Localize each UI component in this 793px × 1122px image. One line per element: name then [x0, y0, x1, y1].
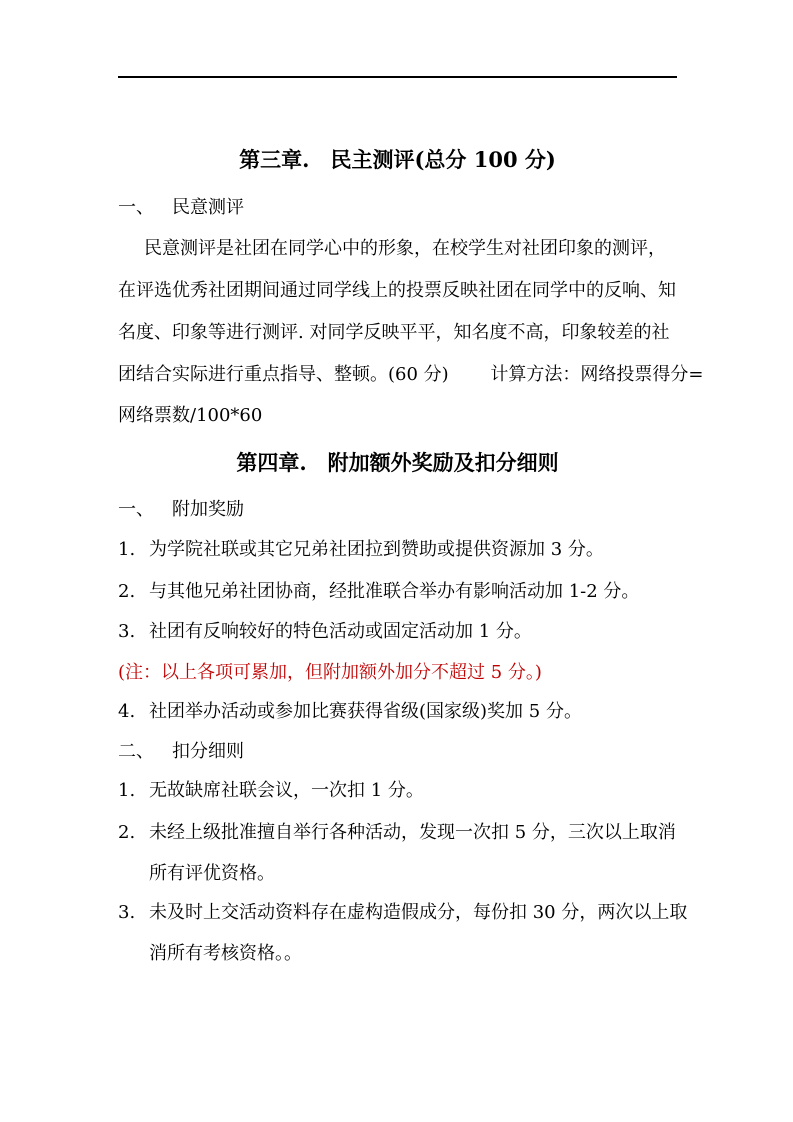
section-label-text: 扣分细则	[172, 741, 244, 762]
list-number: 1.	[118, 538, 149, 561]
list-item-text: 社团举办活动或参加比赛获得省级(国家级)奖加 5 分。	[149, 701, 582, 722]
list-item: 3.社团有反响较好的特色活动或固定活动加 1 分。	[118, 620, 677, 643]
list-item: 1.为学院社联或其它兄弟社团拉到赞助或提供资源加 3 分。	[118, 538, 677, 561]
list-number: 3.	[118, 620, 149, 643]
section-number: 二、	[118, 740, 172, 763]
list-item-continuation: 所有评优资格。	[149, 862, 677, 885]
list-number: 1.	[118, 779, 149, 802]
list-item-text: 社团有反响较好的特色活动或固定活动加 1 分。	[149, 621, 532, 642]
list-item: 2.与其他兄弟社团协商，经批准联合举办有影响活动加 1-2 分。	[118, 580, 677, 603]
list-number: 3.	[118, 901, 149, 924]
paragraph-line: 民意测评是社团在同学心中的形象，在校学生对社团印象的测评，	[118, 237, 677, 260]
list-item-continuation: 消所有考核资格。。	[149, 942, 677, 965]
paragraph-line: 名度、印象等进行测评. 对同学反映平平，知名度不高，印象较差的社	[118, 321, 677, 344]
header-rule	[118, 76, 677, 78]
section-number: 一、	[118, 196, 172, 219]
section-label-text: 民意测评	[172, 197, 244, 218]
list-item-text: 未及时上交活动资料存在虚构造假成分，每份扣 30 分，两次以上取	[149, 902, 687, 923]
list-item-text: 无故缺席社联会议，一次扣 1 分。	[149, 780, 424, 801]
list-item: 1.无故缺席社联会议，一次扣 1 分。	[118, 779, 677, 802]
list-item: 2.未经上级批准擅自举行各种活动，发现一次扣 5 分，三次以上取消	[118, 821, 677, 844]
section-number: 一、	[118, 498, 172, 521]
chapter3-section-label: 一、民意测评	[118, 196, 677, 219]
note-line: (注：以上各项可累加，但附加额外加分不超过 5 分。)	[118, 661, 677, 684]
paragraph-line: 在评选优秀社团期间通过同学线上的投票反映社团在同学中的反响、知	[118, 279, 677, 302]
document-page: 第三章. 民主测评(总分 100 分) 一、民意测评 民意测评是社团在同学心中的…	[0, 0, 793, 1122]
list-number: 2.	[118, 580, 149, 603]
list-item-text: 未经上级批准擅自举行各种活动，发现一次扣 5 分，三次以上取消	[149, 822, 676, 843]
chapter3-title: 第三章. 民主测评(总分 100 分)	[118, 147, 677, 173]
list-item: 4.社团举办活动或参加比赛获得省级(国家级)奖加 5 分。	[118, 700, 677, 723]
list-number: 2.	[118, 821, 149, 844]
list-item-text: 为学院社联或其它兄弟社团拉到赞助或提供资源加 3 分。	[149, 539, 604, 560]
paragraph-line: 网络票数/100*60	[118, 404, 677, 427]
list-item-text: 与其他兄弟社团协商，经批准联合举办有影响活动加 1-2 分。	[149, 581, 639, 602]
paragraph-line: 团结合实际进行重点指导、整顿。(60 分) 计算方法：网络投票得分=	[118, 363, 677, 386]
list-item: 3.未及时上交活动资料存在虚构造假成分，每份扣 30 分，两次以上取	[118, 901, 677, 924]
section-label-text: 附加奖励	[172, 499, 244, 520]
deduction-section-label: 二、扣分细则	[118, 740, 677, 763]
chapter4-title: 第四章. 附加额外奖励及扣分细则	[118, 450, 677, 476]
list-number: 4.	[118, 700, 149, 723]
bonus-section-label: 一、附加奖励	[118, 498, 677, 521]
